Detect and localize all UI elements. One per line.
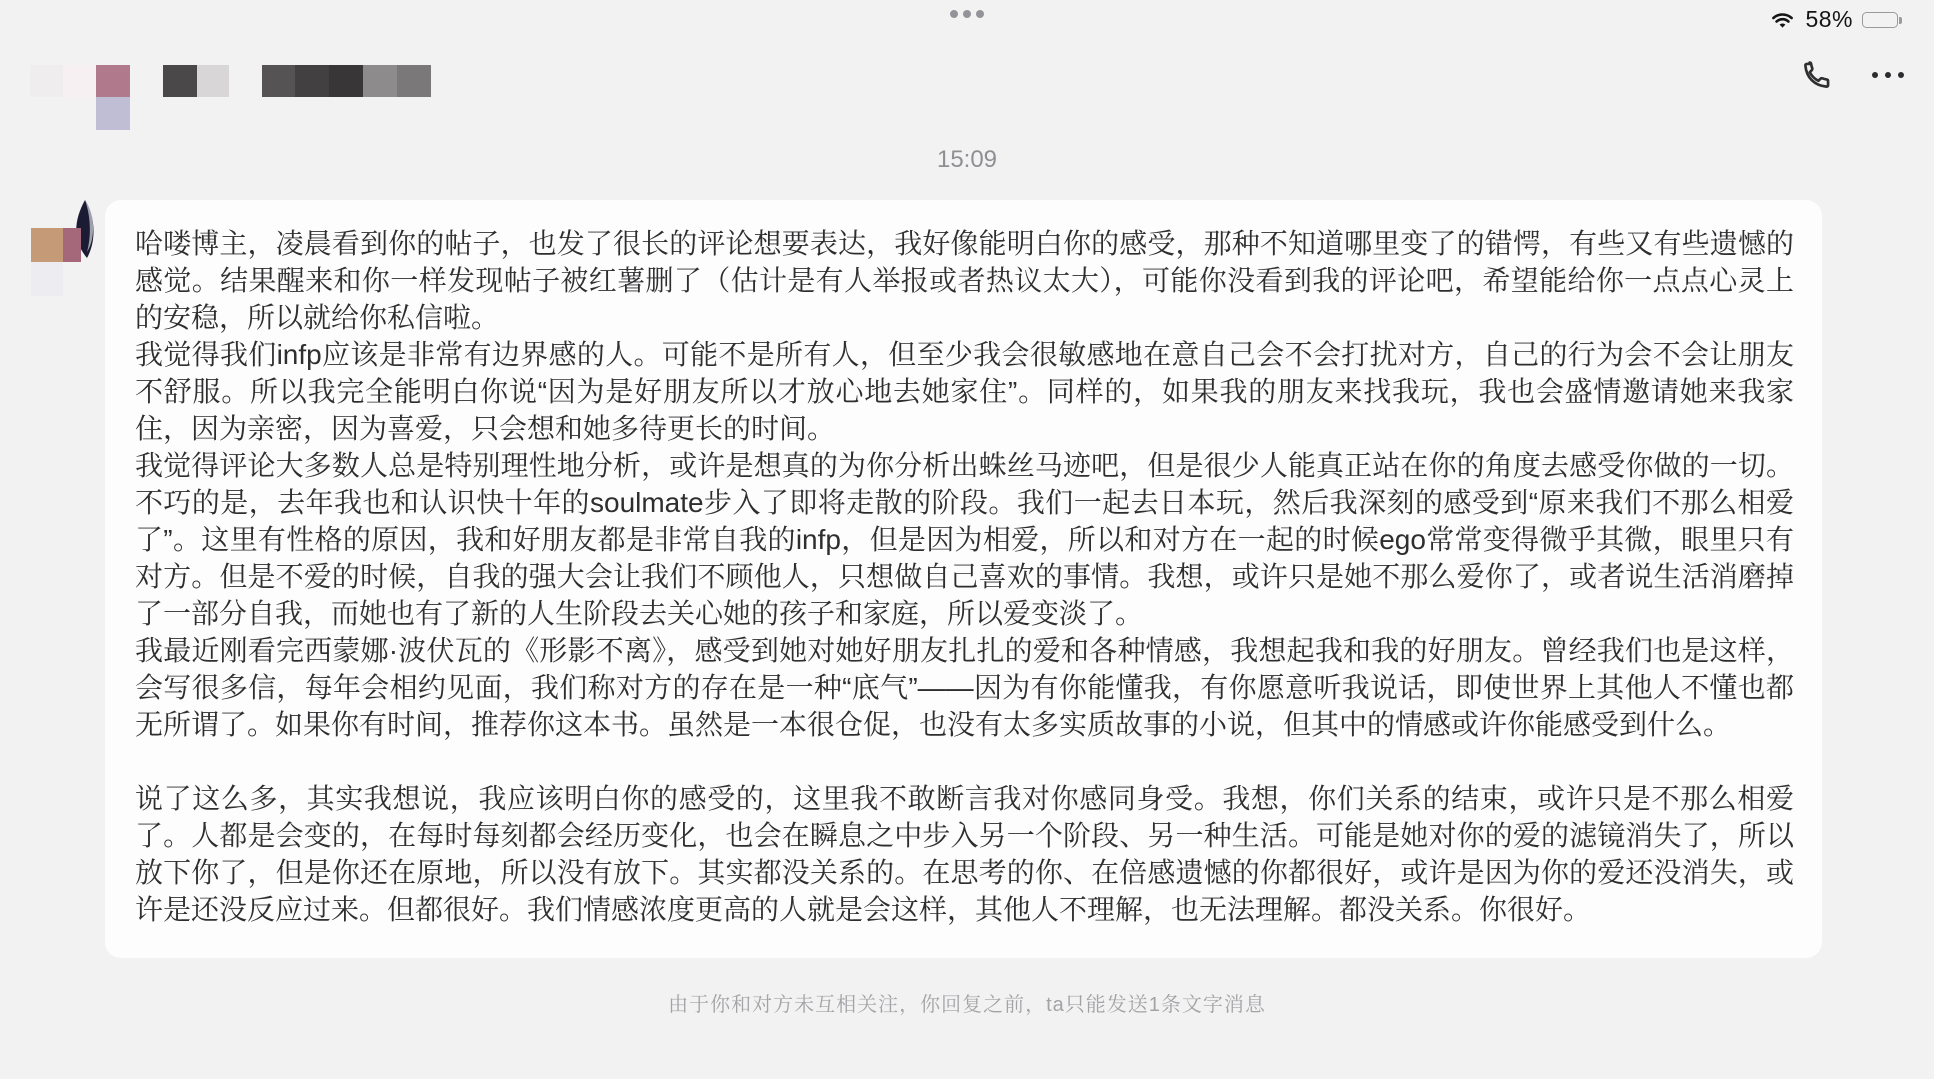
horizontal-ellipsis-icon	[1872, 72, 1878, 78]
redacted-pixel-block	[197, 65, 229, 97]
call-button[interactable]	[1797, 55, 1837, 95]
redacted-pixel-block	[96, 65, 130, 97]
redacted-pixel-block	[31, 228, 63, 262]
sender-avatar[interactable]	[28, 196, 110, 308]
redacted-pixel-block	[30, 65, 63, 97]
phone-icon	[1800, 58, 1834, 92]
redacted-pixel-block	[363, 65, 397, 97]
battery-percent-label: 58%	[1805, 6, 1853, 33]
redacted-pixel-block	[295, 65, 329, 97]
more-options-button[interactable]	[1866, 60, 1910, 90]
message-paragraph: 哈喽博主，凌晨看到你的帖子，也发了很长的评论想要表达，我好像能明白你的感受，那种…	[135, 225, 1794, 336]
message-paragraph: 我最近刚看完西蒙娜·波伏瓦的《形影不离》，感受到她对她好朋友扎扎的爱和各种情感，…	[135, 632, 1794, 743]
message-paragraph-blank	[135, 743, 1794, 780]
follow-restriction-notice: 由于你和对方未互相关注，你回复之前，ta只能发送1条文字消息	[0, 988, 1934, 1017]
message-paragraph: 我觉得我们infp应该是非常有边界感的人。可能不是所有人，但至少我会很敏感地在意…	[135, 336, 1794, 447]
redacted-pixel-block	[163, 65, 197, 97]
wifi-icon	[1769, 10, 1796, 30]
message-timestamp: 15:09	[0, 146, 1934, 174]
message-paragraph: 我觉得评论大多数人总是特别理性地分析，或许是想真的为你分析出蛛丝马迹吧，但是很少…	[135, 447, 1794, 632]
redacted-username	[30, 65, 440, 130]
ellipsis-dot	[963, 10, 971, 18]
redacted-pixel-block	[262, 65, 295, 97]
redacted-pixel-block	[63, 228, 81, 262]
redacted-pixel-block	[31, 262, 63, 296]
message-paragraph: 说了这么多，其实我想说，我应该明白你的感受的，这里我不敢断言我对你感同身受。我想…	[135, 780, 1794, 928]
window-handle-dots[interactable]	[0, 10, 1934, 18]
message-bubble[interactable]: 哈喽博主，凌晨看到你的帖子，也发了很长的评论想要表达，我好像能明白你的感受，那种…	[105, 200, 1822, 958]
redacted-pixel-block	[329, 65, 363, 97]
status-bar: 58%	[1769, 6, 1898, 33]
battery-tip	[1899, 17, 1902, 24]
ellipsis-dot	[950, 10, 958, 18]
battery-icon	[1862, 12, 1898, 28]
ellipsis-dot	[976, 10, 984, 18]
horizontal-ellipsis-icon	[1885, 72, 1891, 78]
horizontal-ellipsis-icon	[1898, 72, 1904, 78]
redacted-pixel-block	[63, 65, 96, 97]
redacted-pixel-block	[397, 65, 431, 97]
redacted-pixel-block	[96, 97, 130, 130]
